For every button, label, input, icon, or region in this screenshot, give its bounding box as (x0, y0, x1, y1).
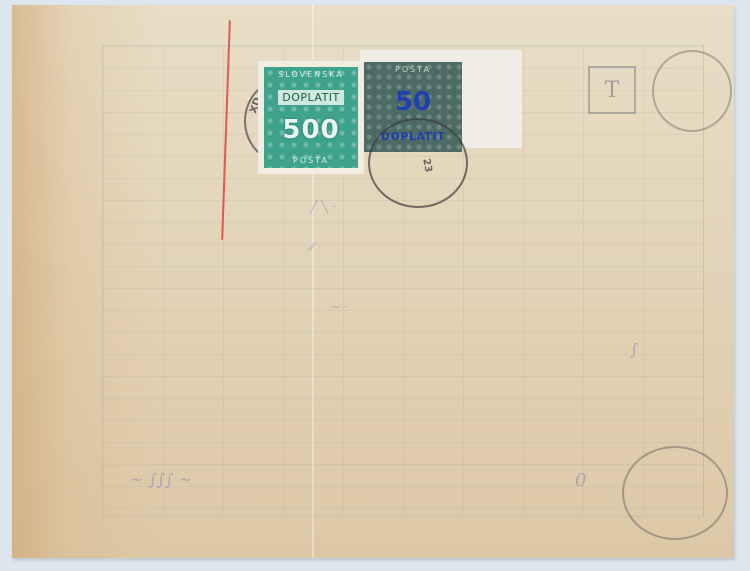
handwriting-zero: 0 (575, 470, 586, 491)
postmark-center (368, 118, 468, 208)
stamp-50-value: 50 (395, 89, 431, 115)
handwriting-mark: ~ · (330, 300, 348, 314)
postmark-top-right (652, 50, 732, 132)
stamp-50-top-text: POŠTA (395, 65, 431, 74)
handwriting-signature: ~ ∫∫∫ ~ (130, 470, 192, 489)
handwriting-mark: ⁄⁄ · (310, 240, 322, 254)
stamp-500-label: DOPLATIT (278, 90, 344, 105)
stamp-500-bottom-text: POŠTA (293, 156, 329, 165)
stamp-500-top-text: SLOVENSKÁ (278, 70, 344, 79)
stamp-500-value: 500 (282, 115, 339, 145)
postmark-bottom-right (622, 446, 728, 540)
t-handstamp: T (588, 66, 636, 114)
handwriting-mark: ∫ (630, 340, 638, 359)
postmark-center-text: 23 (420, 158, 433, 174)
handwriting-column-1: ╱ ╲ · (310, 200, 336, 214)
stamp-500-doplatit: SLOVENSKÁ DOPLATIT 500 POŠTA (258, 61, 364, 174)
